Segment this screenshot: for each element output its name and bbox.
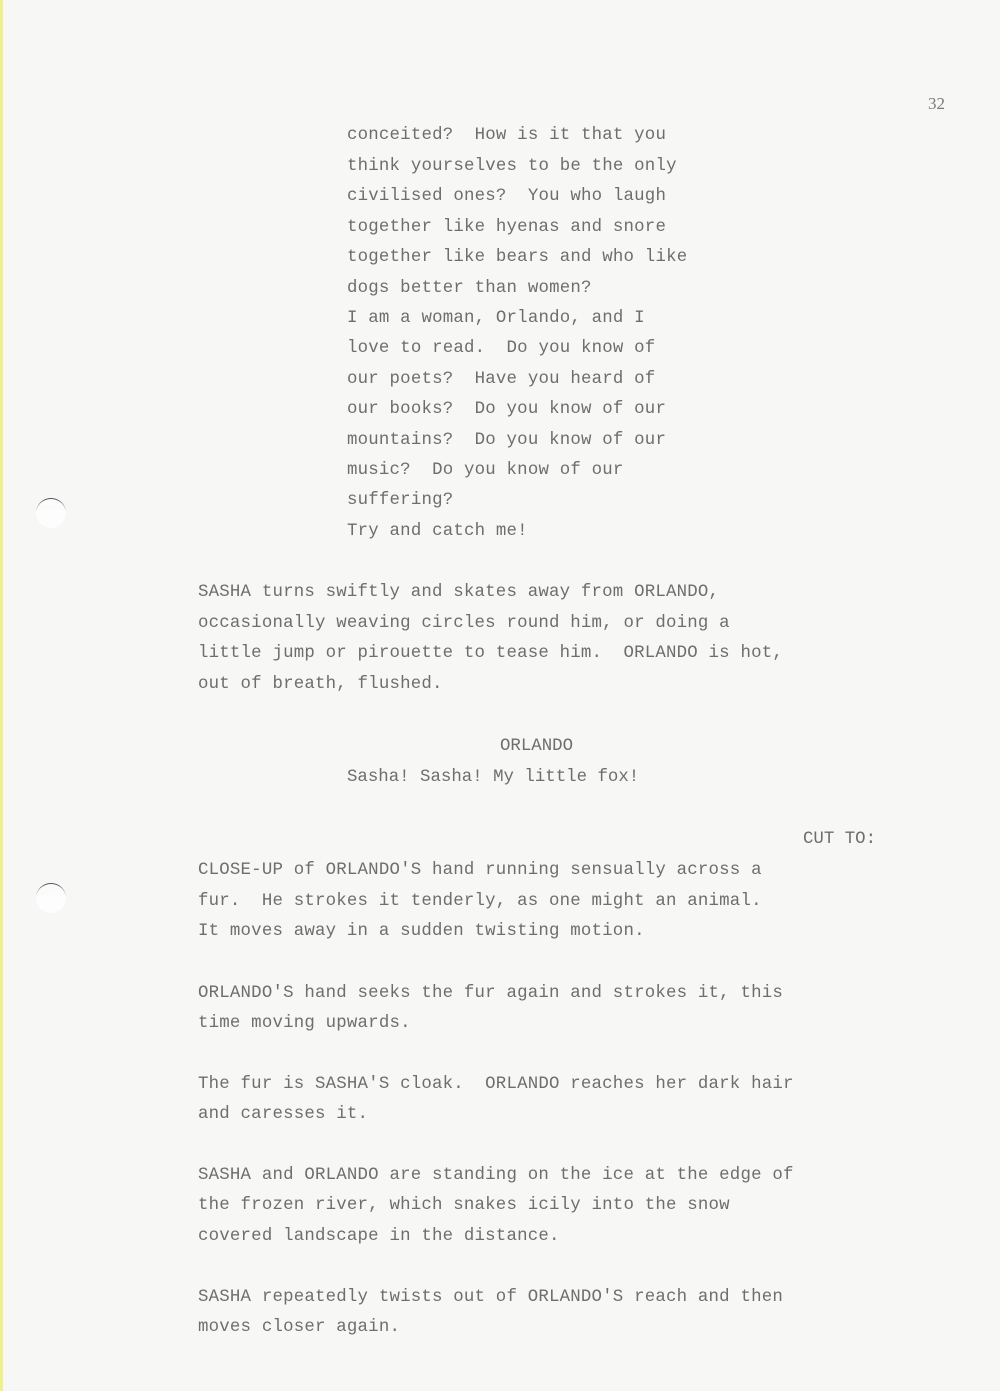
page-edge [0, 0, 3, 1391]
transition: CUT TO: [803, 830, 876, 849]
action-line: little jump or pirouette to tease him. O… [198, 644, 783, 663]
action-line: out of breath, flushed. [198, 675, 443, 694]
dialogue-line: conceited? How is it that you [347, 126, 666, 145]
dialogue-line: our books? Do you know of our [347, 400, 666, 419]
dialogue-line: dogs better than women? [347, 279, 592, 298]
action-line: the frozen river, which snakes icily int… [198, 1196, 730, 1215]
action-line: SASHA and ORLANDO are standing on the ic… [198, 1166, 794, 1185]
dialogue-line: music? Do you know of our [347, 461, 624, 480]
dialogue-line: together like hyenas and snore [347, 218, 666, 237]
dialogue-line: Sasha! Sasha! My little fox! [347, 768, 639, 787]
dialogue-line: our poets? Have you heard of [347, 370, 655, 389]
dialogue-line: together like bears and who like [347, 248, 687, 267]
character-name: ORLANDO [500, 737, 573, 756]
action-line: It moves away in a sudden twisting motio… [198, 922, 645, 941]
dialogue-line: I am a woman, Orlando, and I [347, 309, 645, 328]
action-line: SASHA turns swiftly and skates away from… [198, 583, 719, 602]
action-line: and caresses it. [198, 1105, 368, 1124]
dialogue-line: love to read. Do you know of [347, 339, 655, 358]
action-line: covered landscape in the distance. [198, 1227, 560, 1246]
dialogue-line: suffering? [347, 491, 453, 510]
action-line: SASHA repeatedly twists out of ORLANDO'S… [198, 1288, 783, 1307]
action-line: fur. He strokes it tenderly, as one migh… [198, 892, 762, 911]
action-line: CLOSE-UP of ORLANDO'S hand running sensu… [198, 861, 762, 880]
dialogue-line: civilised ones? You who laugh [347, 187, 666, 206]
action-line: The fur is SASHA'S cloak. ORLANDO reache… [198, 1075, 794, 1094]
dialogue-line: think yourselves to be the only [347, 157, 677, 176]
action-line: ORLANDO'S hand seeks the fur again and s… [198, 984, 783, 1003]
dialogue-line: mountains? Do you know of our [347, 431, 666, 450]
action-line: occasionally weaving circles round him, … [198, 614, 730, 633]
action-line: moves closer again. [198, 1318, 400, 1337]
dialogue-line: Try and catch me! [347, 522, 528, 541]
page-number: 32 [928, 94, 945, 114]
action-line: time moving upwards. [198, 1014, 411, 1033]
